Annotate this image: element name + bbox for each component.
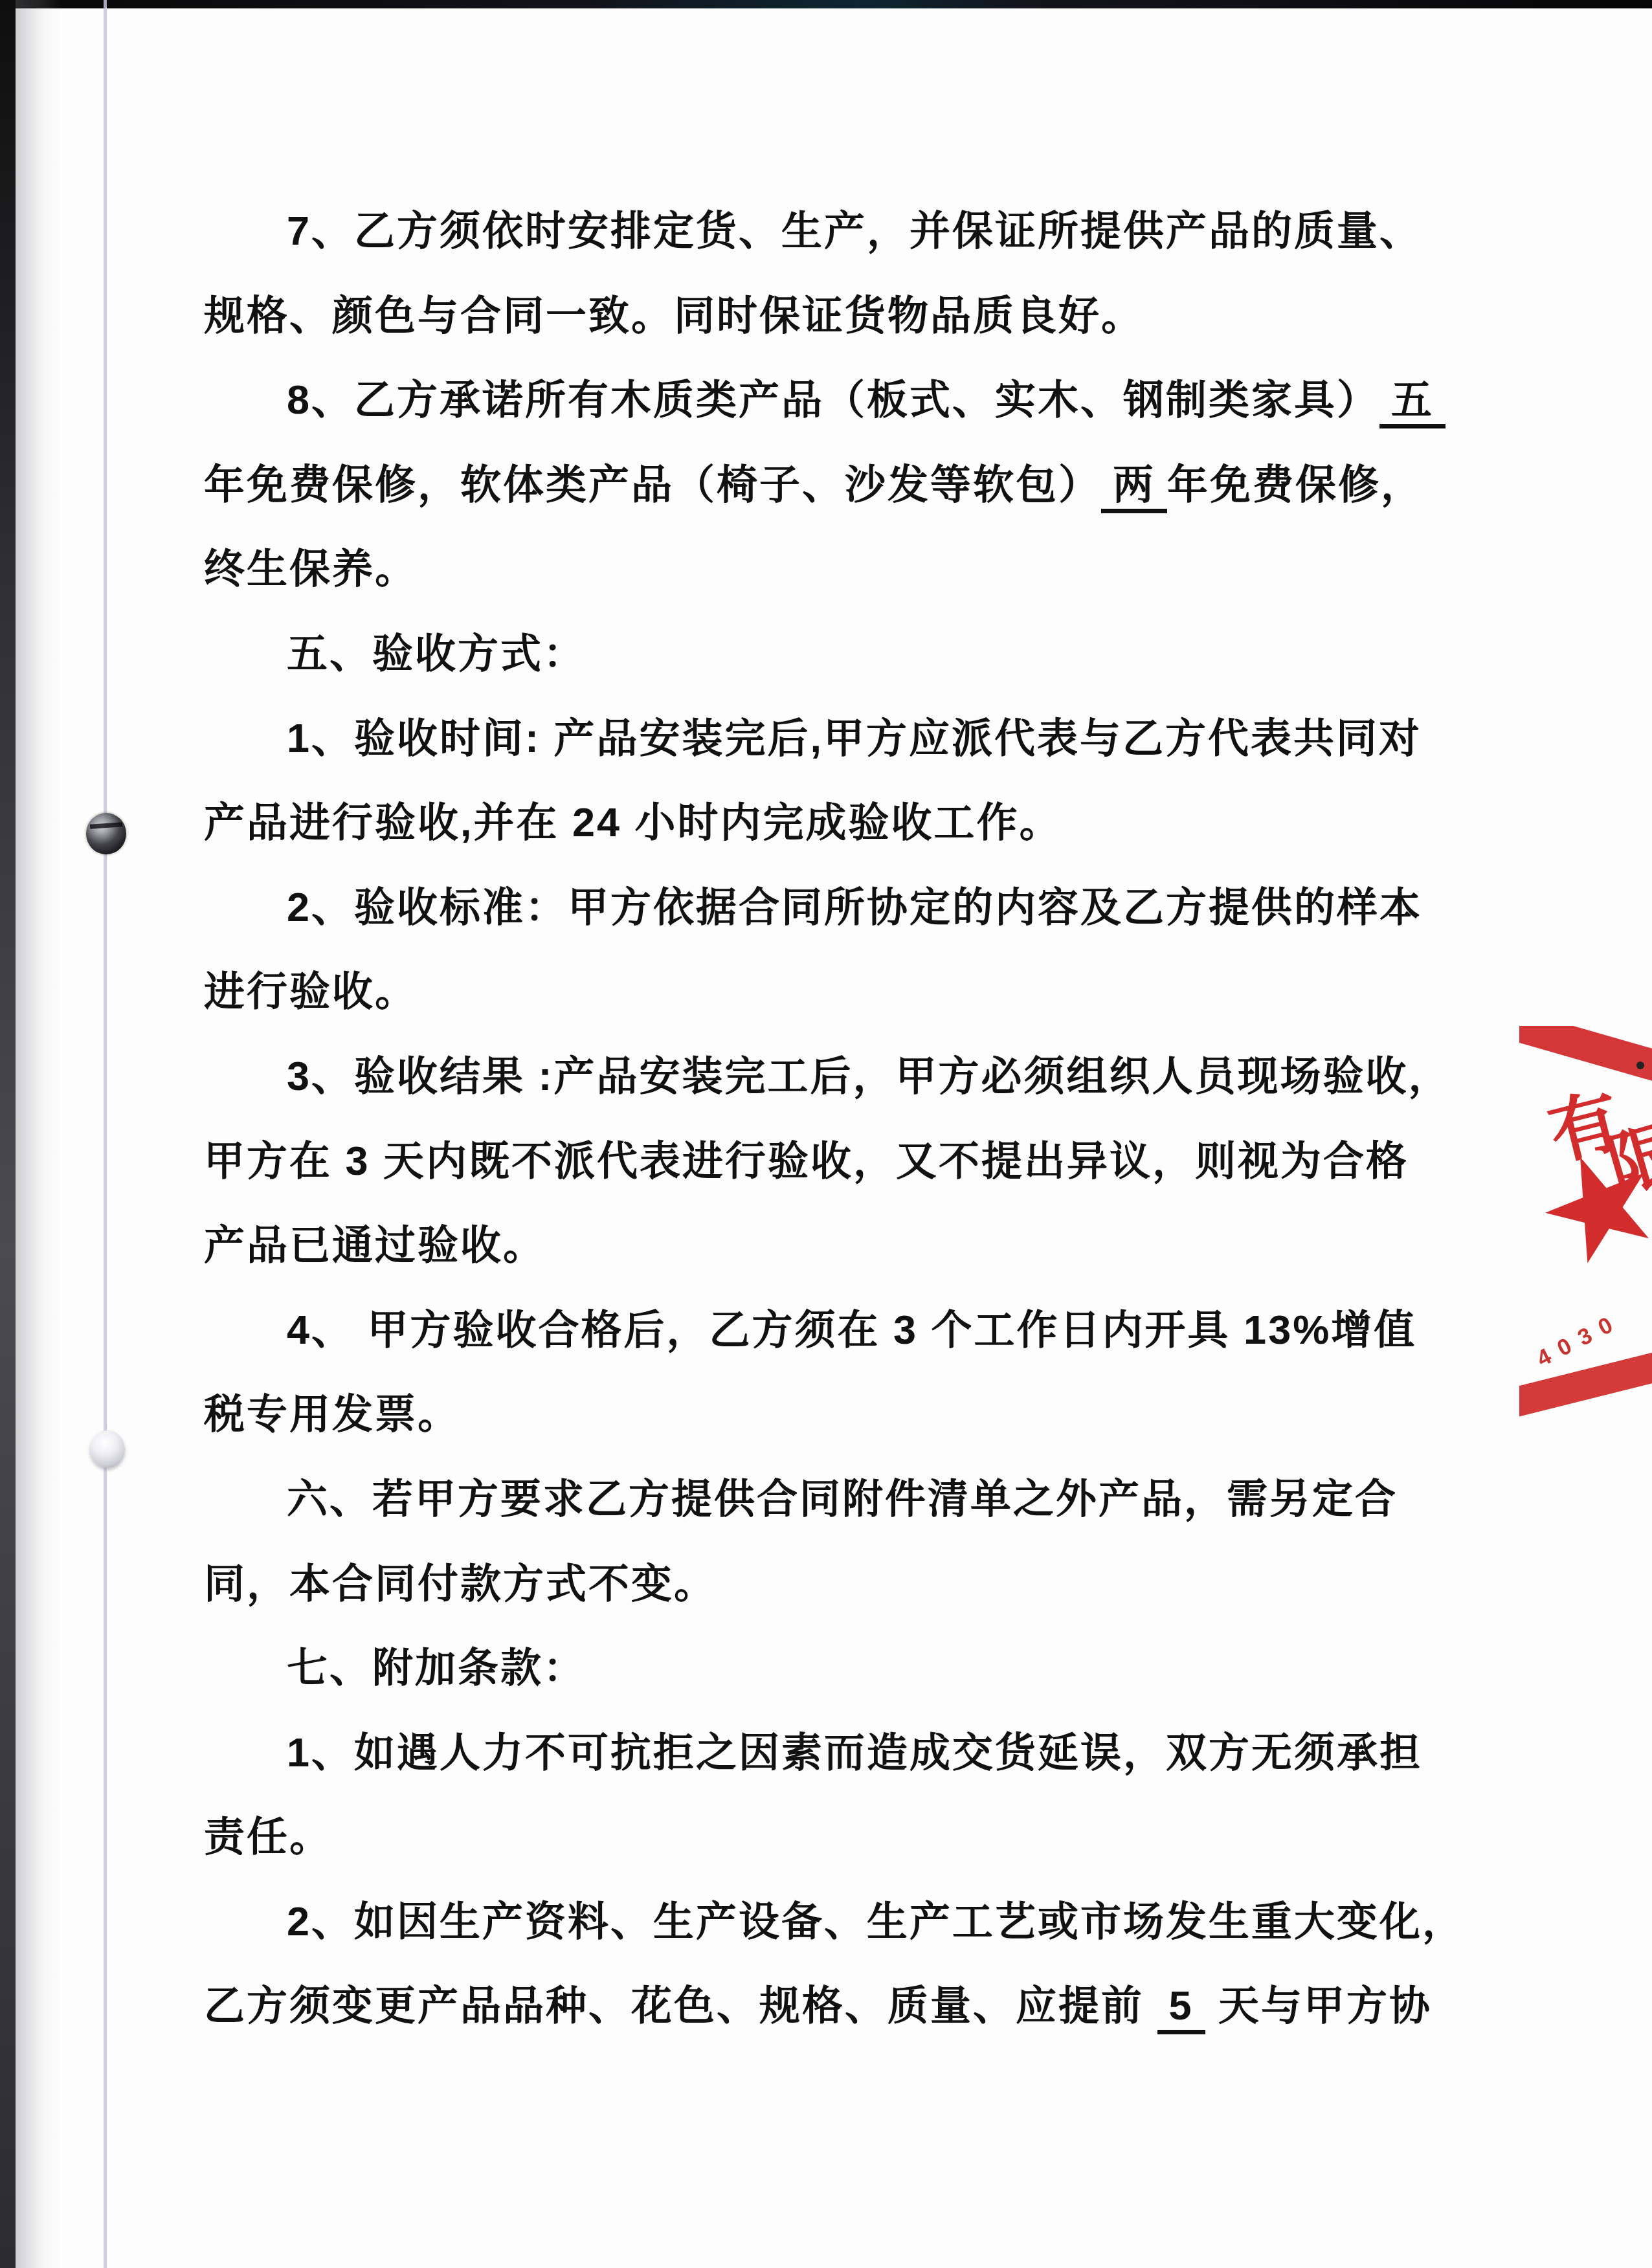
scan-left-dark-edge xyxy=(0,0,16,2268)
text-segment: 乙方须变更产品品种、花色、规格、质量、应提前 xyxy=(204,1983,1157,2029)
text-segment: 3、验收结果 :产品安装完工后，甲方必须组织人员现场验收， xyxy=(287,1054,1451,1099)
text-segment: 2、验收标准：甲方依据合同所协定的内容及乙方提供的样本 xyxy=(287,885,1422,930)
text-segment: 规格、颜色与合同一致。同时保证货物品质良好。 xyxy=(204,293,1144,339)
text-line: 7、乙方须依时安排定货、生产，并保证所提供产品的质量、 xyxy=(204,189,1489,274)
text-line: 同，本合同付款方式不变。 xyxy=(204,1542,1489,1627)
text-line: 六、若甲方要求乙方提供合同附件清单之外产品，需另定合 xyxy=(204,1457,1489,1542)
text-line: 五、验收方式： xyxy=(204,612,1489,696)
text-line: 3、验收结果 :产品安装完工后，甲方必须组织人员现场验收， xyxy=(204,1034,1489,1119)
binding-rivet-bottom xyxy=(90,1430,125,1468)
text-line: 4、 甲方验收合格后，乙方须在 3 个工作日内开具 13%增值 xyxy=(204,1288,1489,1373)
text-segment: 1、如遇人力不可抗拒之因素而造成交货延误，双方无须承担 xyxy=(287,1730,1422,1775)
text-segment: 责任。 xyxy=(204,1814,332,1860)
seal-character: 有 xyxy=(1537,1064,1629,1179)
text-line: 2、如因生产资料、生产设备、生产工艺或市场发生重大变化， xyxy=(204,1880,1489,1964)
seal-character-clipped: 限 xyxy=(1594,1096,1652,1212)
text-line: 产品已通过验收。 xyxy=(204,1203,1489,1288)
text-segment: 产品已通过验收。 xyxy=(204,1223,546,1268)
text-segment: 五、验收方式： xyxy=(287,631,586,676)
seal-arc-top xyxy=(1519,1026,1652,1089)
text-segment: 终生保养。 xyxy=(204,546,418,592)
text-segment: 2、如因生产资料、生产设备、生产工艺或市场发生重大变化， xyxy=(287,1899,1465,1944)
text-segment: 年免费保修，软体类产品（椅子、沙发等软包） xyxy=(204,462,1101,507)
contract-text-block: 7、乙方须依时安排定货、生产，并保证所提供产品的质量、规格、颜色与合同一致。同时… xyxy=(204,189,1489,2049)
text-segment: 产品进行验收,并在 24 小时内完成验收工作。 xyxy=(204,800,1062,845)
text-line: 甲方在 3 天内既不派代表进行验收，又不提出异议，则视为合格 xyxy=(204,1119,1489,1204)
scanned-contract-page: 7、乙方须依时安排定货、生产，并保证所提供产品的质量、规格、颜色与合同一致。同时… xyxy=(0,0,1652,2268)
text-segment: 年免费保修， xyxy=(1167,462,1423,507)
text-segment: 税专用发票。 xyxy=(204,1392,460,1437)
seal-star-icon: ★ xyxy=(1519,1118,1652,1294)
text-segment: 甲方在 3 天内既不派代表进行验收，又不提出异议，则视为合格 xyxy=(204,1139,1409,1184)
text-segment: 七、附加条款： xyxy=(287,1645,586,1691)
text-line: 责任。 xyxy=(204,1795,1489,1880)
seal-arc-bottom xyxy=(1519,1344,1652,1420)
text-line: 税专用发票。 xyxy=(204,1372,1489,1457)
text-line: 产品进行验收,并在 24 小时内完成验收工作。 xyxy=(204,781,1489,865)
binding-crease-line xyxy=(104,0,107,2268)
text-line: 乙方须变更产品品种、花色、规格、质量、应提前 5 天与甲方协 xyxy=(204,1964,1489,2049)
filled-in-blank: 两 xyxy=(1101,462,1167,513)
text-line: 七、附加条款： xyxy=(204,1626,1489,1711)
text-segment: 天与甲方协 xyxy=(1205,1983,1433,2029)
binding-rivet-top xyxy=(86,813,126,854)
text-segment: 8、乙方承诺所有木质类产品（板式、实木、钢制类家具） xyxy=(287,377,1379,423)
scan-top-edge xyxy=(0,0,1652,8)
ink-speck xyxy=(1636,1062,1644,1069)
text-line: 进行验收。 xyxy=(204,950,1489,1034)
text-line: 8、乙方承诺所有木质类产品（板式、实木、钢制类家具）五 xyxy=(204,358,1489,443)
seal-serial-number: 4030 xyxy=(1533,1307,1627,1372)
red-company-seal: 有 限 ★ 4030 xyxy=(1519,1026,1652,1421)
text-line: 规格、颜色与合同一致。同时保证货物品质良好。 xyxy=(204,274,1489,359)
filled-in-blank: 5 xyxy=(1157,1983,1205,2034)
text-segment: 同，本合同付款方式不变。 xyxy=(204,1561,717,1606)
text-segment: 4、 甲方验收合格后，乙方须在 3 个工作日内开具 13%增值 xyxy=(287,1307,1416,1353)
text-segment: 进行验收。 xyxy=(204,969,418,1014)
text-segment: 1、验收时间: 产品安装完后,甲方应派代表与乙方代表共同对 xyxy=(287,716,1422,761)
text-line: 年免费保修，软体类产品（椅子、沙发等软包）两年免费保修， xyxy=(204,443,1489,528)
text-line: 2、验收标准：甲方依据合同所协定的内容及乙方提供的样本 xyxy=(204,865,1489,950)
text-segment: 六、若甲方要求乙方提供合同附件清单之外产品，需另定合 xyxy=(287,1476,1398,1522)
text-line: 1、如遇人力不可抗拒之因素而造成交货延误，双方无须承担 xyxy=(204,1711,1489,1795)
scan-left-shadow xyxy=(16,0,62,2268)
filled-in-blank: 五 xyxy=(1379,377,1445,428)
text-segment: 7、乙方须依时安排定货、生产，并保证所提供产品的质量、 xyxy=(287,208,1422,254)
text-line: 终生保养。 xyxy=(204,527,1489,612)
text-line: 1、验收时间: 产品安装完后,甲方应派代表与乙方代表共同对 xyxy=(204,696,1489,781)
